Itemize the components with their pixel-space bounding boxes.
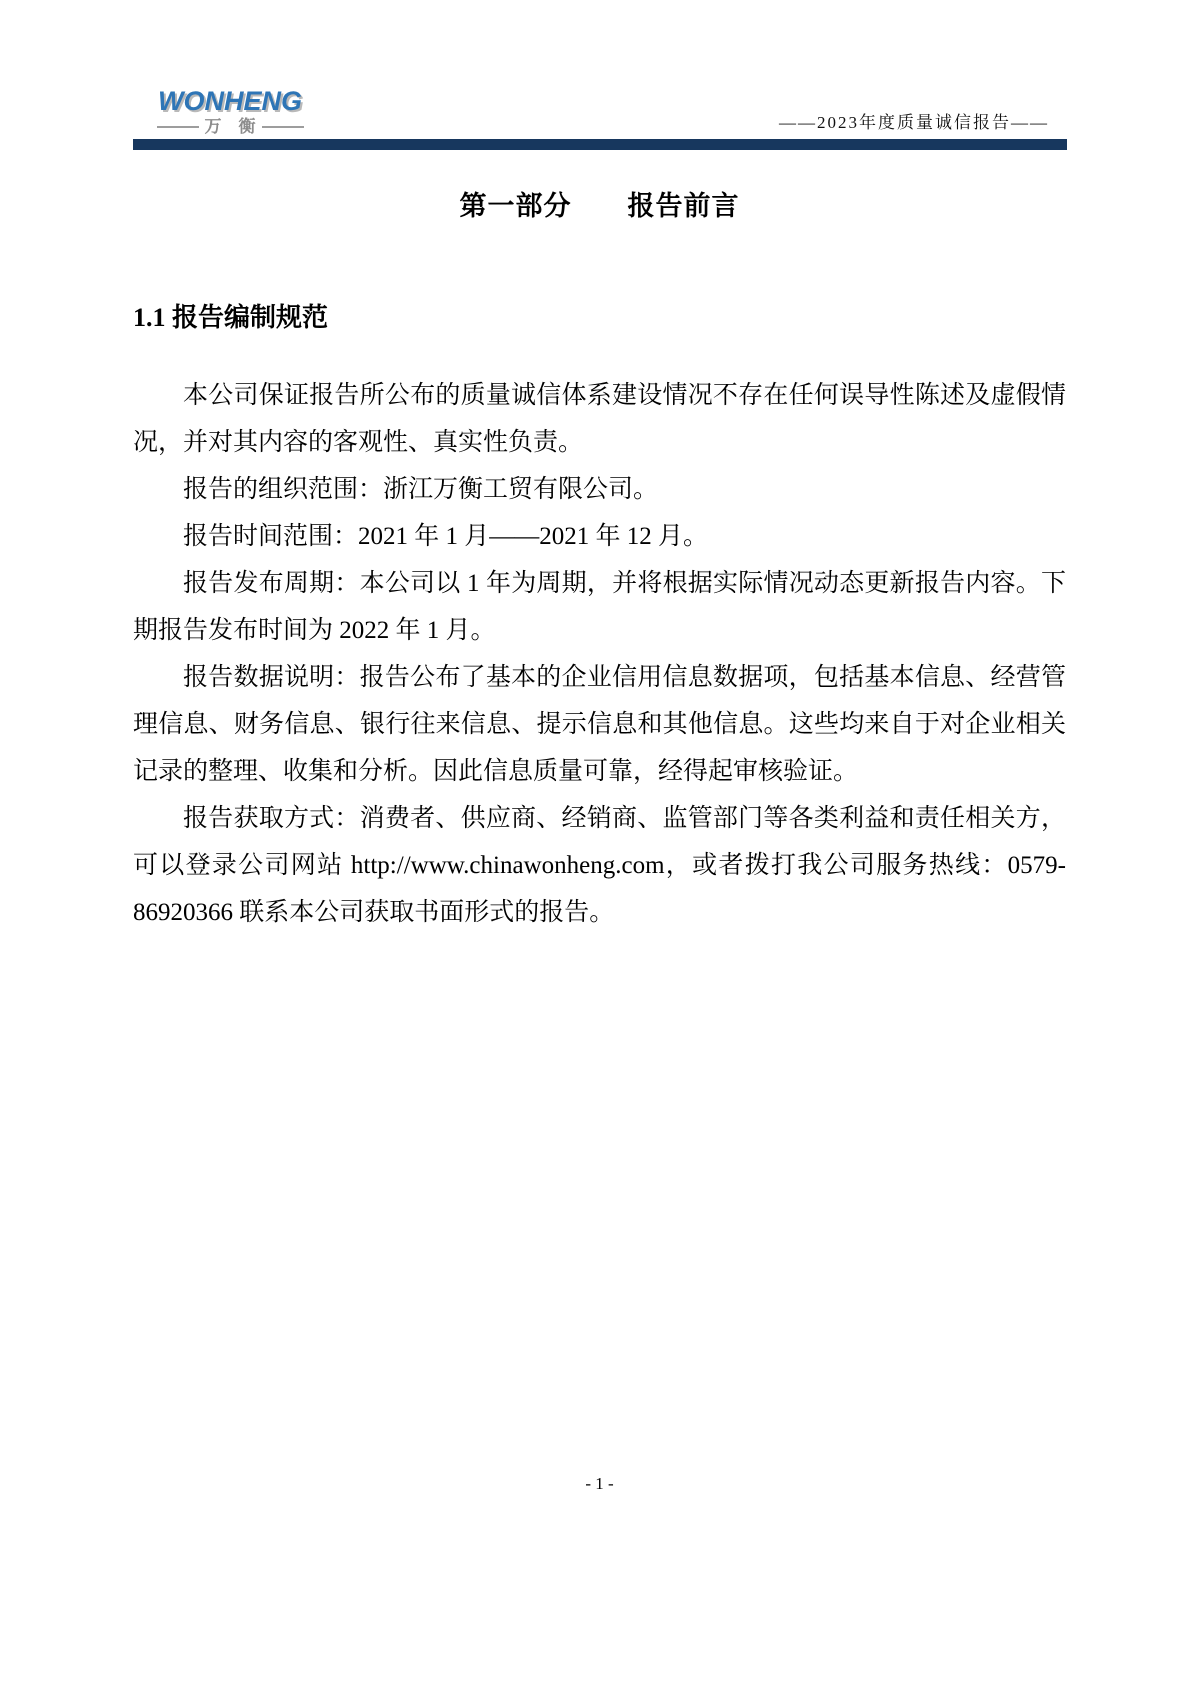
body-paragraph-statement: 本公司保证报告所公布的质量诚信体系建设情况不存在任何误导性陈述及虚假情况，并对其… [133, 372, 1066, 466]
logo-subtext-characters: 万 衡 [205, 118, 256, 135]
section-heading: 1.1 报告编制规范 [133, 297, 328, 334]
logo-rule-right [262, 126, 304, 128]
page-footer: - 1 - [0, 1474, 1199, 1494]
logo-rule-left [157, 126, 199, 128]
body-paragraph-cycle: 报告发布周期：本公司以 1 年为周期，并将根据实际情况动态更新报告内容。下期报告… [133, 560, 1066, 654]
header-report-label: ——2023年度质量诚信报告—— [779, 108, 1049, 133]
wonheng-logo-subtext: 万 衡 [135, 118, 325, 135]
body-paragraph-data-description: 报告数据说明：报告公布了基本的企业信用信息数据项，包括基本信息、经营管理信息、财… [133, 654, 1066, 795]
report-page: WONHENG 万 衡 ——2023年度质量诚信报告—— 第一部分 报告前言 1… [0, 0, 1199, 1708]
body-paragraph-access-method: 报告获取方式：消费者、供应商、经销商、监管部门等各类利益和责任相关方，可以登录公… [133, 795, 1066, 936]
report-body: 本公司保证报告所公布的质量诚信体系建设情况不存在任何误导性陈述及虚假情况，并对其… [133, 372, 1066, 936]
page-number: - 1 - [585, 1474, 613, 1493]
wonheng-logo-text: WONHENG [135, 88, 325, 115]
wonheng-logo: WONHENG 万 衡 [135, 88, 325, 135]
page-header: WONHENG 万 衡 ——2023年度质量诚信报告—— [133, 0, 1067, 140]
body-paragraph-time-range: 报告时间范围：2021 年 1 月——2021 年 12 月。 [133, 513, 1066, 560]
header-divider-bar [133, 139, 1067, 150]
body-paragraph-scope: 报告的组织范围：浙江万衡工贸有限公司。 [133, 466, 1066, 513]
document-title: 第一部分 报告前言 [133, 184, 1066, 223]
